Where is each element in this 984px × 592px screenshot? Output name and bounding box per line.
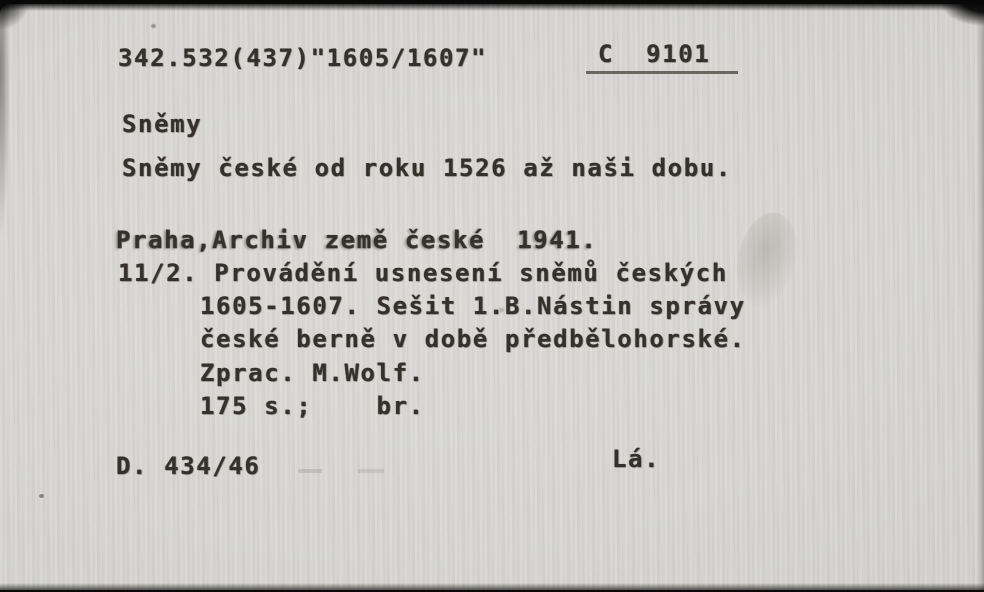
- heading-entry-word: Sněmy: [122, 112, 202, 136]
- paper-specks: [39, 494, 44, 498]
- imprint-line: Praha,Archiv země české 1941.: [116, 228, 597, 252]
- entry-line-3: české berně v době předbělohorské.: [200, 327, 746, 351]
- entry-line-4: Zprac. M.Wolf.: [200, 361, 425, 385]
- faint-pencil-marks: [298, 469, 448, 473]
- shelf-mark: C 9101: [586, 42, 738, 74]
- scanned-catalog-card-page: 342.532(437)"1605/1607" C 9101 Sněmy Sně…: [0, 0, 984, 592]
- entry-line-2: 1605-1607. Sešit 1.B.Nástin správy: [200, 294, 746, 318]
- title-line: Sněmy české od roku 1526 až naši dobu.: [122, 156, 732, 180]
- entry-line-1: 11/2. Provádění usnesení sněmů českých: [118, 261, 728, 285]
- accession-number: D. 434/46: [116, 454, 260, 478]
- collation-line: 175 s.; br.: [200, 394, 425, 418]
- typewritten-text-layer: 342.532(437)"1605/1607" C 9101 Sněmy Sně…: [0, 0, 984, 592]
- classification-number: 342.532(437)"1605/1607": [118, 46, 487, 70]
- cataloguer-initials: Lá.: [612, 447, 660, 471]
